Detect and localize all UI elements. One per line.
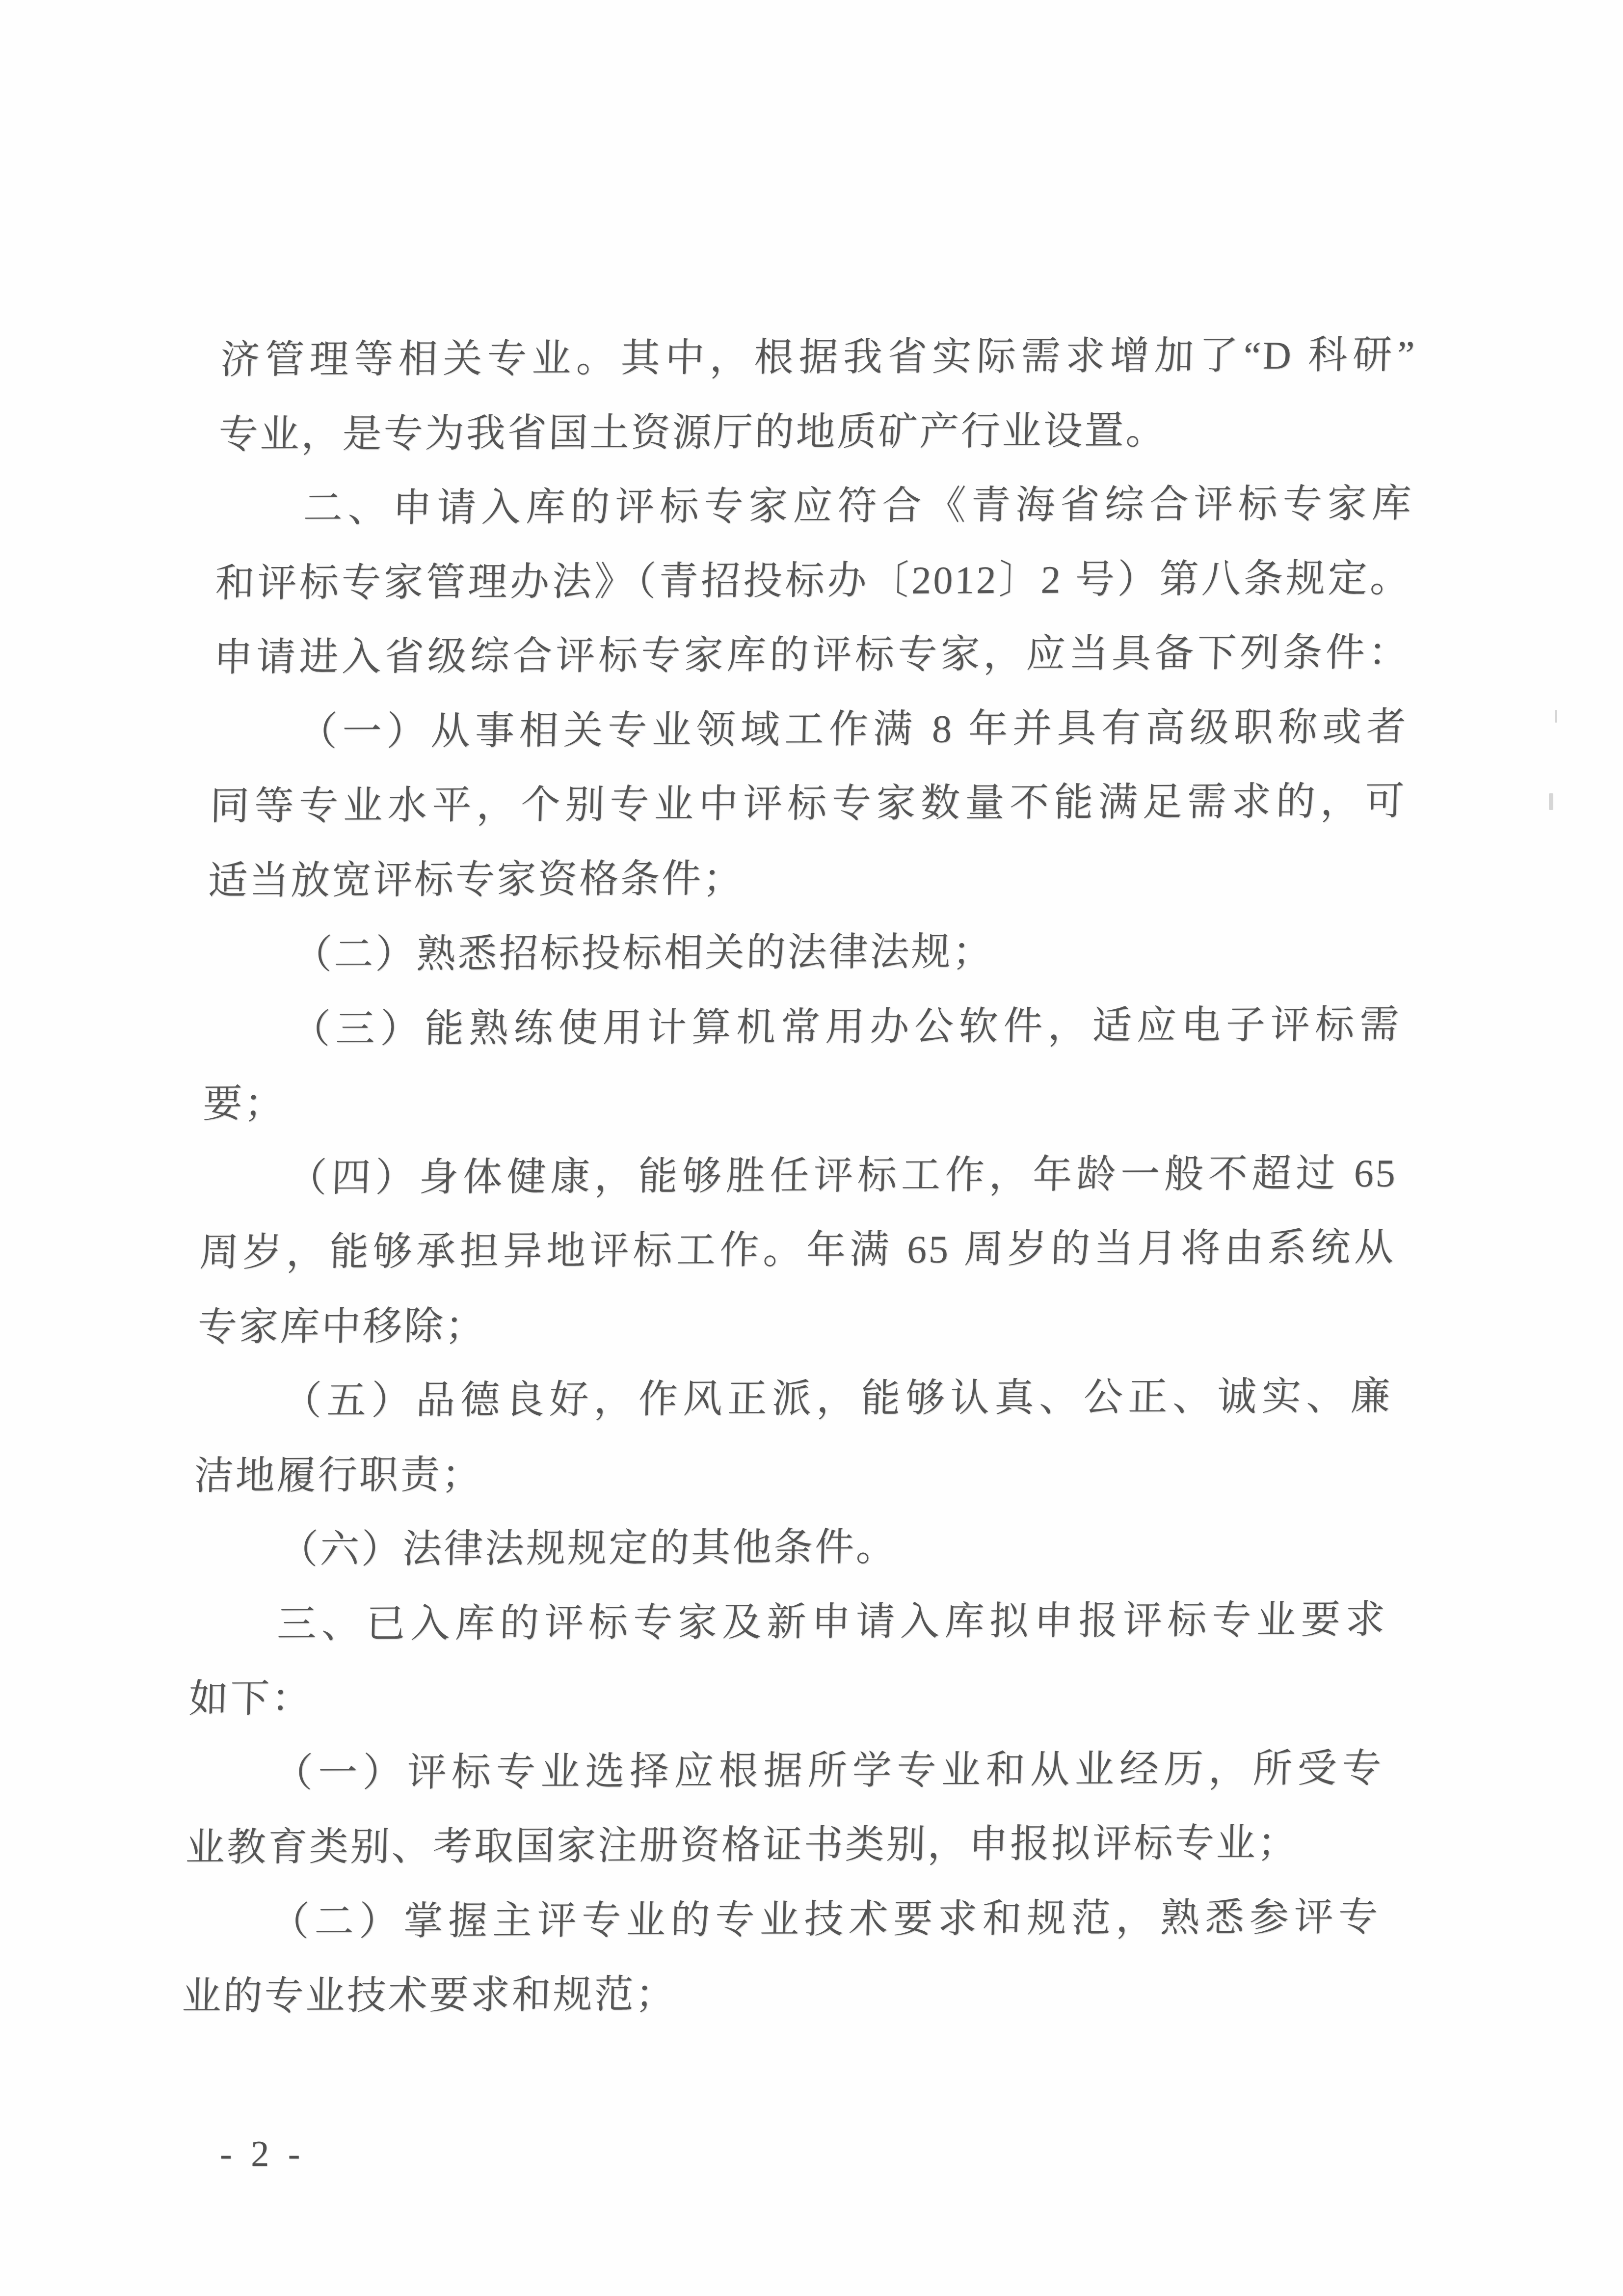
document-line: 济管理等相关专业。其中，根据我省实际需求增加了“D 科研” bbox=[219, 318, 1417, 398]
document-line: （六）法律法规规定的其他条件。 bbox=[191, 1509, 1389, 1588]
document-line: 洁地履行职责； bbox=[193, 1434, 1391, 1513]
document-body-text: 济管理等相关专业。其中，根据我省实际需求增加了“D 科研”专业，是专为我省国土资… bbox=[181, 318, 1417, 2034]
document-page: 济管理等相关专业。其中，根据我省实际需求增加了“D 科研”专业，是专为我省国土资… bbox=[0, 0, 1623, 2296]
document-line: 如下： bbox=[188, 1657, 1386, 1737]
document-line: （一）从事相关专业领域工作满 8 年并具有高级职称或者 bbox=[211, 690, 1409, 770]
scan-artifact bbox=[1555, 710, 1557, 723]
document-line: 要； bbox=[202, 1062, 1400, 1142]
document-line: （二）熟悉招标投标相关的法律法规； bbox=[206, 914, 1404, 993]
document-line: 申请进入省级综合评标专家库的评标专家，应当具备下列条件： bbox=[213, 616, 1410, 695]
document-line: 专家库中移除； bbox=[197, 1285, 1395, 1365]
document-line: （四）身体健康，能够胜任评标工作，年龄一般不超过 65 bbox=[200, 1136, 1398, 1216]
document-line: （五）品德良好，作风正派，能够认真、公正、诚实、廉 bbox=[195, 1360, 1393, 1439]
document-line: 二、申请入库的评标专家应符合《青海省综合评标专家库 bbox=[216, 467, 1414, 546]
document-line: 专业，是专为我省国土资源厅的地质矿产行业设置。 bbox=[218, 393, 1416, 472]
document-line: 周岁，能够承担异地评标工作。年满 65 周岁的当月将由系统从 bbox=[199, 1211, 1397, 1291]
document-line: （一）评标专业选择应根据所学专业和从业经历，所受专 bbox=[186, 1731, 1384, 1811]
scan-artifact bbox=[1549, 793, 1553, 810]
document-line: 同等专业水平，个别专业中评标专家数量不能满足需求的，可 bbox=[209, 764, 1407, 844]
document-line: 业的专业技术要求和规范； bbox=[181, 1955, 1379, 2034]
page-number: - 2 - bbox=[220, 2134, 305, 2175]
document-line: （二）掌握主评专业的专业技术要求和规范，熟悉参评专 bbox=[183, 1880, 1381, 1960]
document-line: （三）能熟练使用计算机常用办公软件，适应电子评标需 bbox=[204, 988, 1402, 1067]
document-line: 和评标专家管理办法》（青招投标办〔2012〕2 号）第八条规定。 bbox=[214, 541, 1412, 621]
document-line: 业教育类别、考取国家注册资格证书类别，申报拟评标专业； bbox=[185, 1806, 1383, 1886]
document-line: 适当放宽评标专家资格条件； bbox=[207, 839, 1405, 918]
document-line: 三、已入库的评标专家及新申请入库拟申报评标专业要求 bbox=[190, 1583, 1388, 1662]
